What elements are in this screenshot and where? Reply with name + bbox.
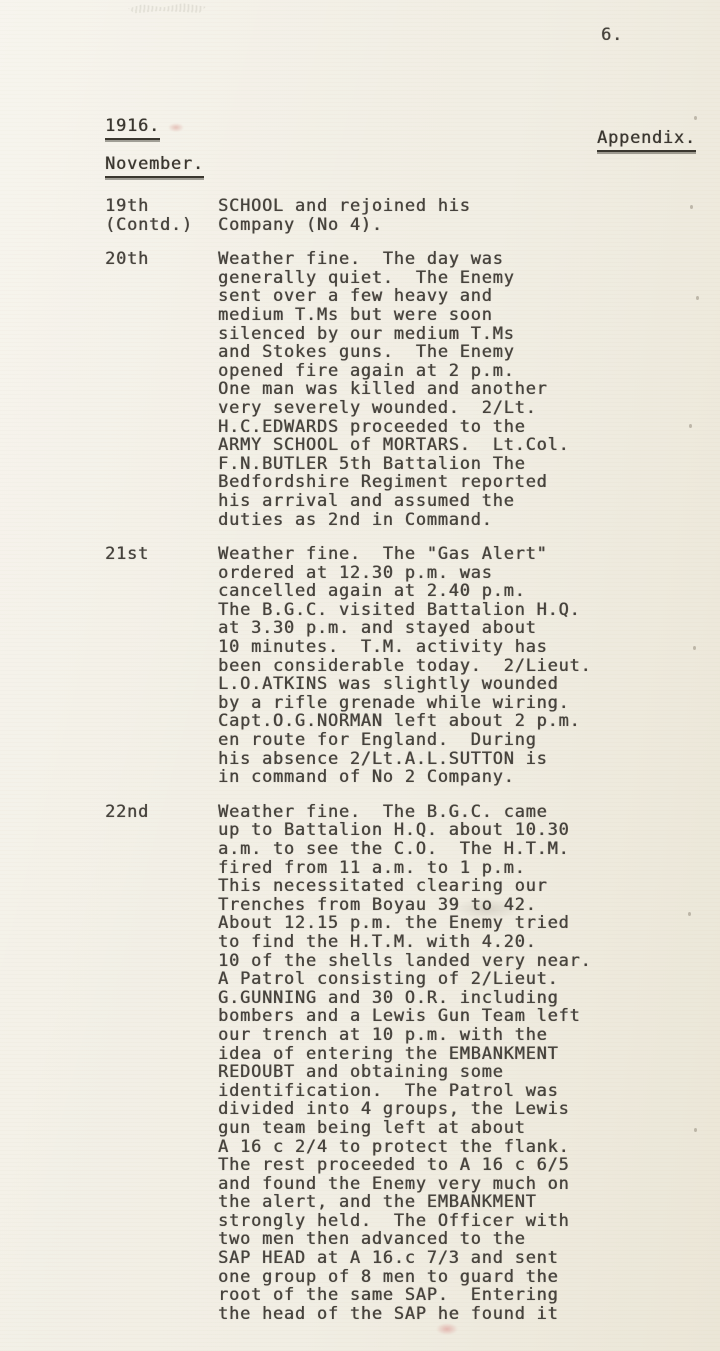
- entry-text-line: Company (No 4).: [218, 216, 705, 235]
- entry-text-line: H.C.EDWARDS proceeded to the: [218, 418, 705, 437]
- entry-text-line: 10 of the shells landed very near.: [218, 952, 705, 971]
- entry-text-line: 10 minutes. T.M. activity has: [218, 638, 705, 657]
- entry-date-column: 19th(Contd.): [105, 197, 218, 234]
- entry-text-line: and found the Enemy very much on: [218, 1175, 705, 1194]
- entry-text-column: Weather fine. The B.G.C. cameup to Batta…: [218, 803, 705, 1324]
- entry-date-column: 21st: [105, 545, 218, 787]
- entry-text-line: a.m. to see the C.O. The H.T.M.: [218, 840, 705, 859]
- paper-speck: [694, 116, 697, 120]
- entry-text-line: to find the H.T.M. with 4.20.: [218, 933, 705, 952]
- entry-text-line: generally quiet. The Enemy: [218, 269, 705, 288]
- entry-text-line: Trenches from Boyau 39 to 42.: [218, 896, 705, 915]
- year-heading: 1916.: [105, 117, 160, 140]
- entry-date: 21st: [105, 545, 218, 564]
- entry-text-line: One man was killed and another: [218, 380, 705, 399]
- entry-text-line: bombers and a Lewis Gun Team left: [218, 1007, 705, 1026]
- entries: 19th(Contd.)SCHOOL and rejoined hisCompa…: [105, 197, 705, 1323]
- entry-text-line: divided into 4 groups, the Lewis: [218, 1100, 705, 1119]
- entry-text-line: by a rifle grenade while wiring.: [218, 694, 705, 713]
- entry-text-column: Weather fine. The "Gas Alert"ordered at …: [218, 545, 705, 787]
- entry-text-line: medium T.Ms but were soon: [218, 306, 705, 325]
- month-heading-text: November.: [105, 155, 204, 178]
- entry-text-line: up to Battalion H.Q. about 10.30: [218, 821, 705, 840]
- entry-text-line: G.GUNNING and 30 O.R. including: [218, 989, 705, 1008]
- pencil-smudge: [128, 2, 206, 14]
- entry-date: 19th: [105, 197, 218, 216]
- entry-date-column: 22nd: [105, 803, 218, 1324]
- entry-text-line: at 3.30 p.m. and stayed about: [218, 619, 705, 638]
- entry-text-line: Capt.O.G.NORMAN left about 2 p.m.: [218, 712, 705, 731]
- year-heading-text: 1916.: [105, 117, 160, 140]
- entry-text-line: one group of 8 men to guard the: [218, 1268, 705, 1287]
- entry-text-line: L.O.ATKINS was slightly wounded: [218, 675, 705, 694]
- diary-entry: 20thWeather fine. The day wasgenerally q…: [105, 250, 705, 529]
- entry-text-line: sent over a few heavy and: [218, 287, 705, 306]
- entry-text-line: strongly held. The Officer with: [218, 1212, 705, 1231]
- entry-text-line: opened fire again at 2 p.m.: [218, 362, 705, 381]
- entry-text-line: SAP HEAD at A 16.c 7/3 and sent: [218, 1249, 705, 1268]
- entry-text-line: Bedfordshire Regiment reported: [218, 473, 705, 492]
- entry-text-line: A 16 c 2/4 to protect the flank.: [218, 1138, 705, 1157]
- entry-text-column: Weather fine. The day wasgenerally quiet…: [218, 250, 705, 529]
- month-heading: November.: [105, 155, 204, 178]
- diary-entry: 22ndWeather fine. The B.G.C. cameup to B…: [105, 803, 705, 1324]
- entry-text-line: REDOUBT and obtaining some: [218, 1063, 705, 1082]
- entry-text-line: idea of entering the EMBANKMENT: [218, 1045, 705, 1064]
- entry-text-line: silenced by our medium T.Ms: [218, 325, 705, 344]
- entry-text-line: in command of No 2 Company.: [218, 768, 705, 787]
- entry-text-line: The rest proceeded to A 16 c 6/5: [218, 1156, 705, 1175]
- red-ink-smudge: [436, 1323, 458, 1335]
- entry-text-line: Weather fine. The day was: [218, 250, 705, 269]
- entry-text-line: the head of the SAP he found it: [218, 1305, 705, 1324]
- entry-text-line: root of the same SAP. Entering: [218, 1286, 705, 1305]
- entry-text-line: very severely wounded. 2/Lt.: [218, 399, 705, 418]
- entry-text-line: his arrival and assumed the: [218, 492, 705, 511]
- entry-text-line: duties as 2nd in Command.: [218, 511, 705, 530]
- entry-text-line: two men then advanced to the: [218, 1230, 705, 1249]
- diary-entry: 21stWeather fine. The "Gas Alert"ordered…: [105, 545, 705, 787]
- entry-text-line: and Stokes guns. The Enemy: [218, 343, 705, 362]
- page-number: 6.: [601, 26, 623, 45]
- entry-date-column: 20th: [105, 250, 218, 529]
- entry-date: 22nd: [105, 803, 218, 822]
- entry-text-line: his absence 2/Lt.A.L.SUTTON is: [218, 750, 705, 769]
- entry-text-line: ARMY SCHOOL of MORTARS. Lt.Col.: [218, 436, 705, 455]
- entry-text-line: gun team being left at about: [218, 1119, 705, 1138]
- entry-text-line: Weather fine. The "Gas Alert": [218, 545, 705, 564]
- entry-text-column: SCHOOL and rejoined hisCompany (No 4).: [218, 197, 705, 234]
- entry-date: 20th: [105, 250, 218, 269]
- entry-text-line: our trench at 10 p.m. with the: [218, 1026, 705, 1045]
- appendix-heading-text: Appendix.: [597, 129, 696, 152]
- entry-text-line: SCHOOL and rejoined his: [218, 197, 705, 216]
- appendix-heading: Appendix.: [597, 129, 696, 152]
- entry-text-line: A Patrol consisting of 2/Lieut.: [218, 970, 705, 989]
- entry-date: (Contd.): [105, 216, 218, 235]
- diary-entry: 19th(Contd.)SCHOOL and rejoined hisCompa…: [105, 197, 705, 234]
- entry-text-line: been considerable today. 2/Lieut.: [218, 657, 705, 676]
- entry-text-line: The B.G.C. visited Battalion H.Q.: [218, 601, 705, 620]
- entry-text-line: fired from 11 a.m. to 1 p.m.: [218, 859, 705, 878]
- entry-text-line: About 12.15 p.m. the Enemy tried: [218, 914, 705, 933]
- entry-text-line: Weather fine. The B.G.C. came: [218, 803, 705, 822]
- entry-text-line: F.N.BUTLER 5th Battalion The: [218, 455, 705, 474]
- entry-text-line: en route for England. During: [218, 731, 705, 750]
- entry-text-line: identification. The Patrol was: [218, 1082, 705, 1101]
- entry-text-line: ordered at 12.30 p.m. was: [218, 564, 705, 583]
- entry-text-line: the alert, and the EMBANKMENT: [218, 1193, 705, 1212]
- entry-text-line: cancelled again at 2.40 p.m.: [218, 582, 705, 601]
- red-ink-smudge: [168, 123, 184, 132]
- diary-page: 6. 1916. Appendix. November. 19th(Contd.…: [0, 0, 720, 1351]
- entry-text-line: This necessitated clearing our: [218, 877, 705, 896]
